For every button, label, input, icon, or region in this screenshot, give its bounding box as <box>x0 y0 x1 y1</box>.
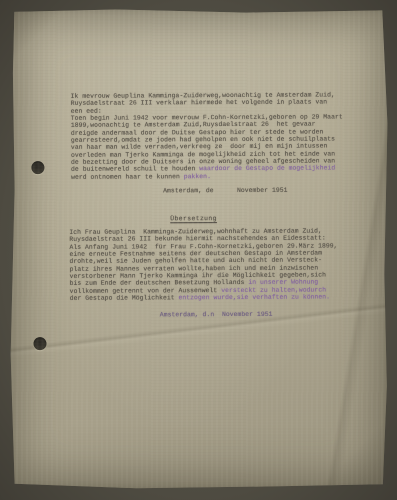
dateline-german: Amsterdam, d.n November 1951 <box>72 311 358 320</box>
translation-heading: Übersetzung <box>170 216 217 224</box>
document-page: Ik mevrouw Geuplina Kamminga-Zuiderweg,w… <box>6 5 393 493</box>
text-segment: der Gestapo die Möglichkeit <box>70 294 179 302</box>
text-segment: werd ontnomen haar te kunnen <box>71 173 184 181</box>
text-segment: entzogen wurde,sie verhaften zu können. <box>178 293 330 301</box>
punch-hole-bottom <box>33 337 46 350</box>
punch-hole-top <box>31 161 44 174</box>
text-segment: een eed: <box>71 107 102 114</box>
text-segment: versteckt zu halten,wodurch <box>221 286 326 294</box>
text-line: Ruysdaelstraat 26 III verklaar hiermede … <box>71 99 357 108</box>
document-text: Ik mevrouw Geuplina Kamminga-Zuiderweg,w… <box>71 91 358 319</box>
text-segment: waardoor de Gestapo de mogelijkheid <box>199 165 335 173</box>
dateline-dutch: Amsterdam, de November 1951 <box>71 186 357 195</box>
photo-background: Ik mevrouw Geuplina Kamminga-Zuiderweg,w… <box>0 0 397 500</box>
text-line: der Gestapo die Möglichkeit entzogen wur… <box>70 293 358 302</box>
text-segment: in unserer Wohnung <box>248 279 318 286</box>
text-segment: pakken. <box>184 173 211 180</box>
text-line: de buitenwereld schuil te houden waardoo… <box>71 165 357 174</box>
dutch-declaration-paragraph: Ik mevrouw Geuplina Kamminga-Zuiderweg,w… <box>71 91 357 181</box>
german-translation-paragraph: Ich Frau Geuplina Kamminga-Zuiderweg,woh… <box>69 227 357 302</box>
text-segment: Ruysdaelstraat 26 III verklaar hiermede … <box>71 99 327 107</box>
text-line: werd ontnomen haar te kunnen pakken. <box>71 172 357 181</box>
